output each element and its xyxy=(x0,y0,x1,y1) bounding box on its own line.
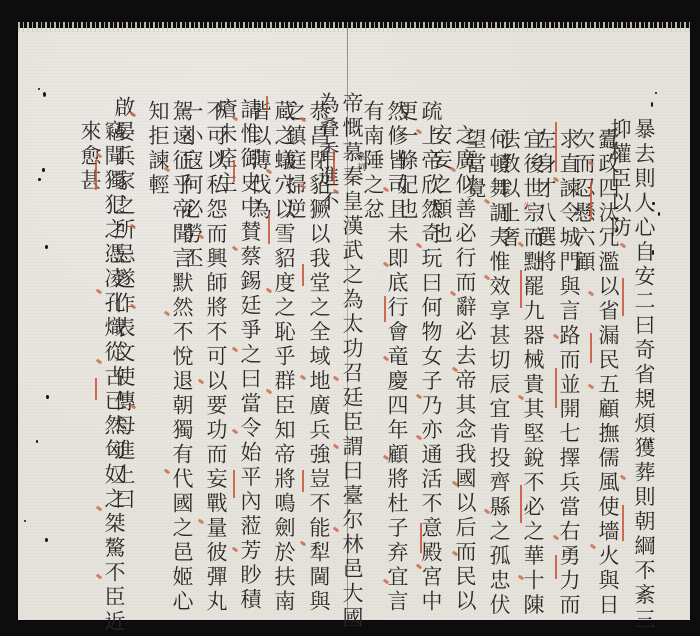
red-name-marker xyxy=(95,160,97,190)
paper-wormhole xyxy=(650,440,652,443)
left-col-6: 駕遠征乎帝聞言默然不悅退朝獨有代國之邑姬心知拒諫輕 xyxy=(146,100,194,636)
red-name-marker xyxy=(384,296,386,322)
paper-wormhole xyxy=(43,92,46,97)
red-name-marker xyxy=(233,160,235,182)
red-name-marker xyxy=(555,555,557,579)
paper-wormhole xyxy=(38,178,41,181)
red-name-marker xyxy=(590,333,592,363)
paper-wormhole xyxy=(652,540,654,542)
paper-wormhole xyxy=(24,520,26,522)
red-name-marker xyxy=(233,470,235,498)
red-name-marker xyxy=(95,378,97,400)
red-name-marker xyxy=(302,470,304,492)
red-name-marker xyxy=(622,278,624,316)
red-name-marker xyxy=(520,485,522,523)
red-name-marker xyxy=(622,505,624,541)
right-col-8: 然修皆司且未即底行會竜慶四年顧將杜子弃宜言有南陲之忿 xyxy=(361,100,409,636)
paper-wormhole xyxy=(45,245,48,249)
red-name-marker xyxy=(333,150,335,184)
torn-paper-edge xyxy=(18,22,690,32)
red-name-marker xyxy=(268,214,270,244)
red-name-marker xyxy=(520,270,522,308)
paper-wormhole xyxy=(42,168,45,172)
left-col-8: 竊聞獨犯之憑凌孔熾從古已然匈奴之桀驁不臣近來愈甚 xyxy=(78,120,126,636)
red-name-marker xyxy=(590,182,592,220)
red-annotation: 先 xyxy=(523,200,532,213)
paper-wormhole xyxy=(658,212,660,216)
paper-wormhole xyxy=(648,570,650,572)
red-name-marker xyxy=(555,122,557,172)
paper-wormhole xyxy=(46,395,49,399)
paper-wormhole xyxy=(655,92,657,94)
paper-wormhole xyxy=(45,538,48,542)
red-name-marker xyxy=(266,96,268,110)
red-name-marker xyxy=(420,523,422,553)
red-name-marker xyxy=(555,368,557,408)
paper-wormhole xyxy=(38,88,40,90)
red-name-marker xyxy=(302,264,304,286)
paper-wormhole xyxy=(648,392,651,395)
paper-wormhole xyxy=(652,202,655,205)
paper-wormhole xyxy=(652,250,654,255)
paper-wormhole xyxy=(36,440,38,443)
paper-wormhole xyxy=(651,102,653,107)
